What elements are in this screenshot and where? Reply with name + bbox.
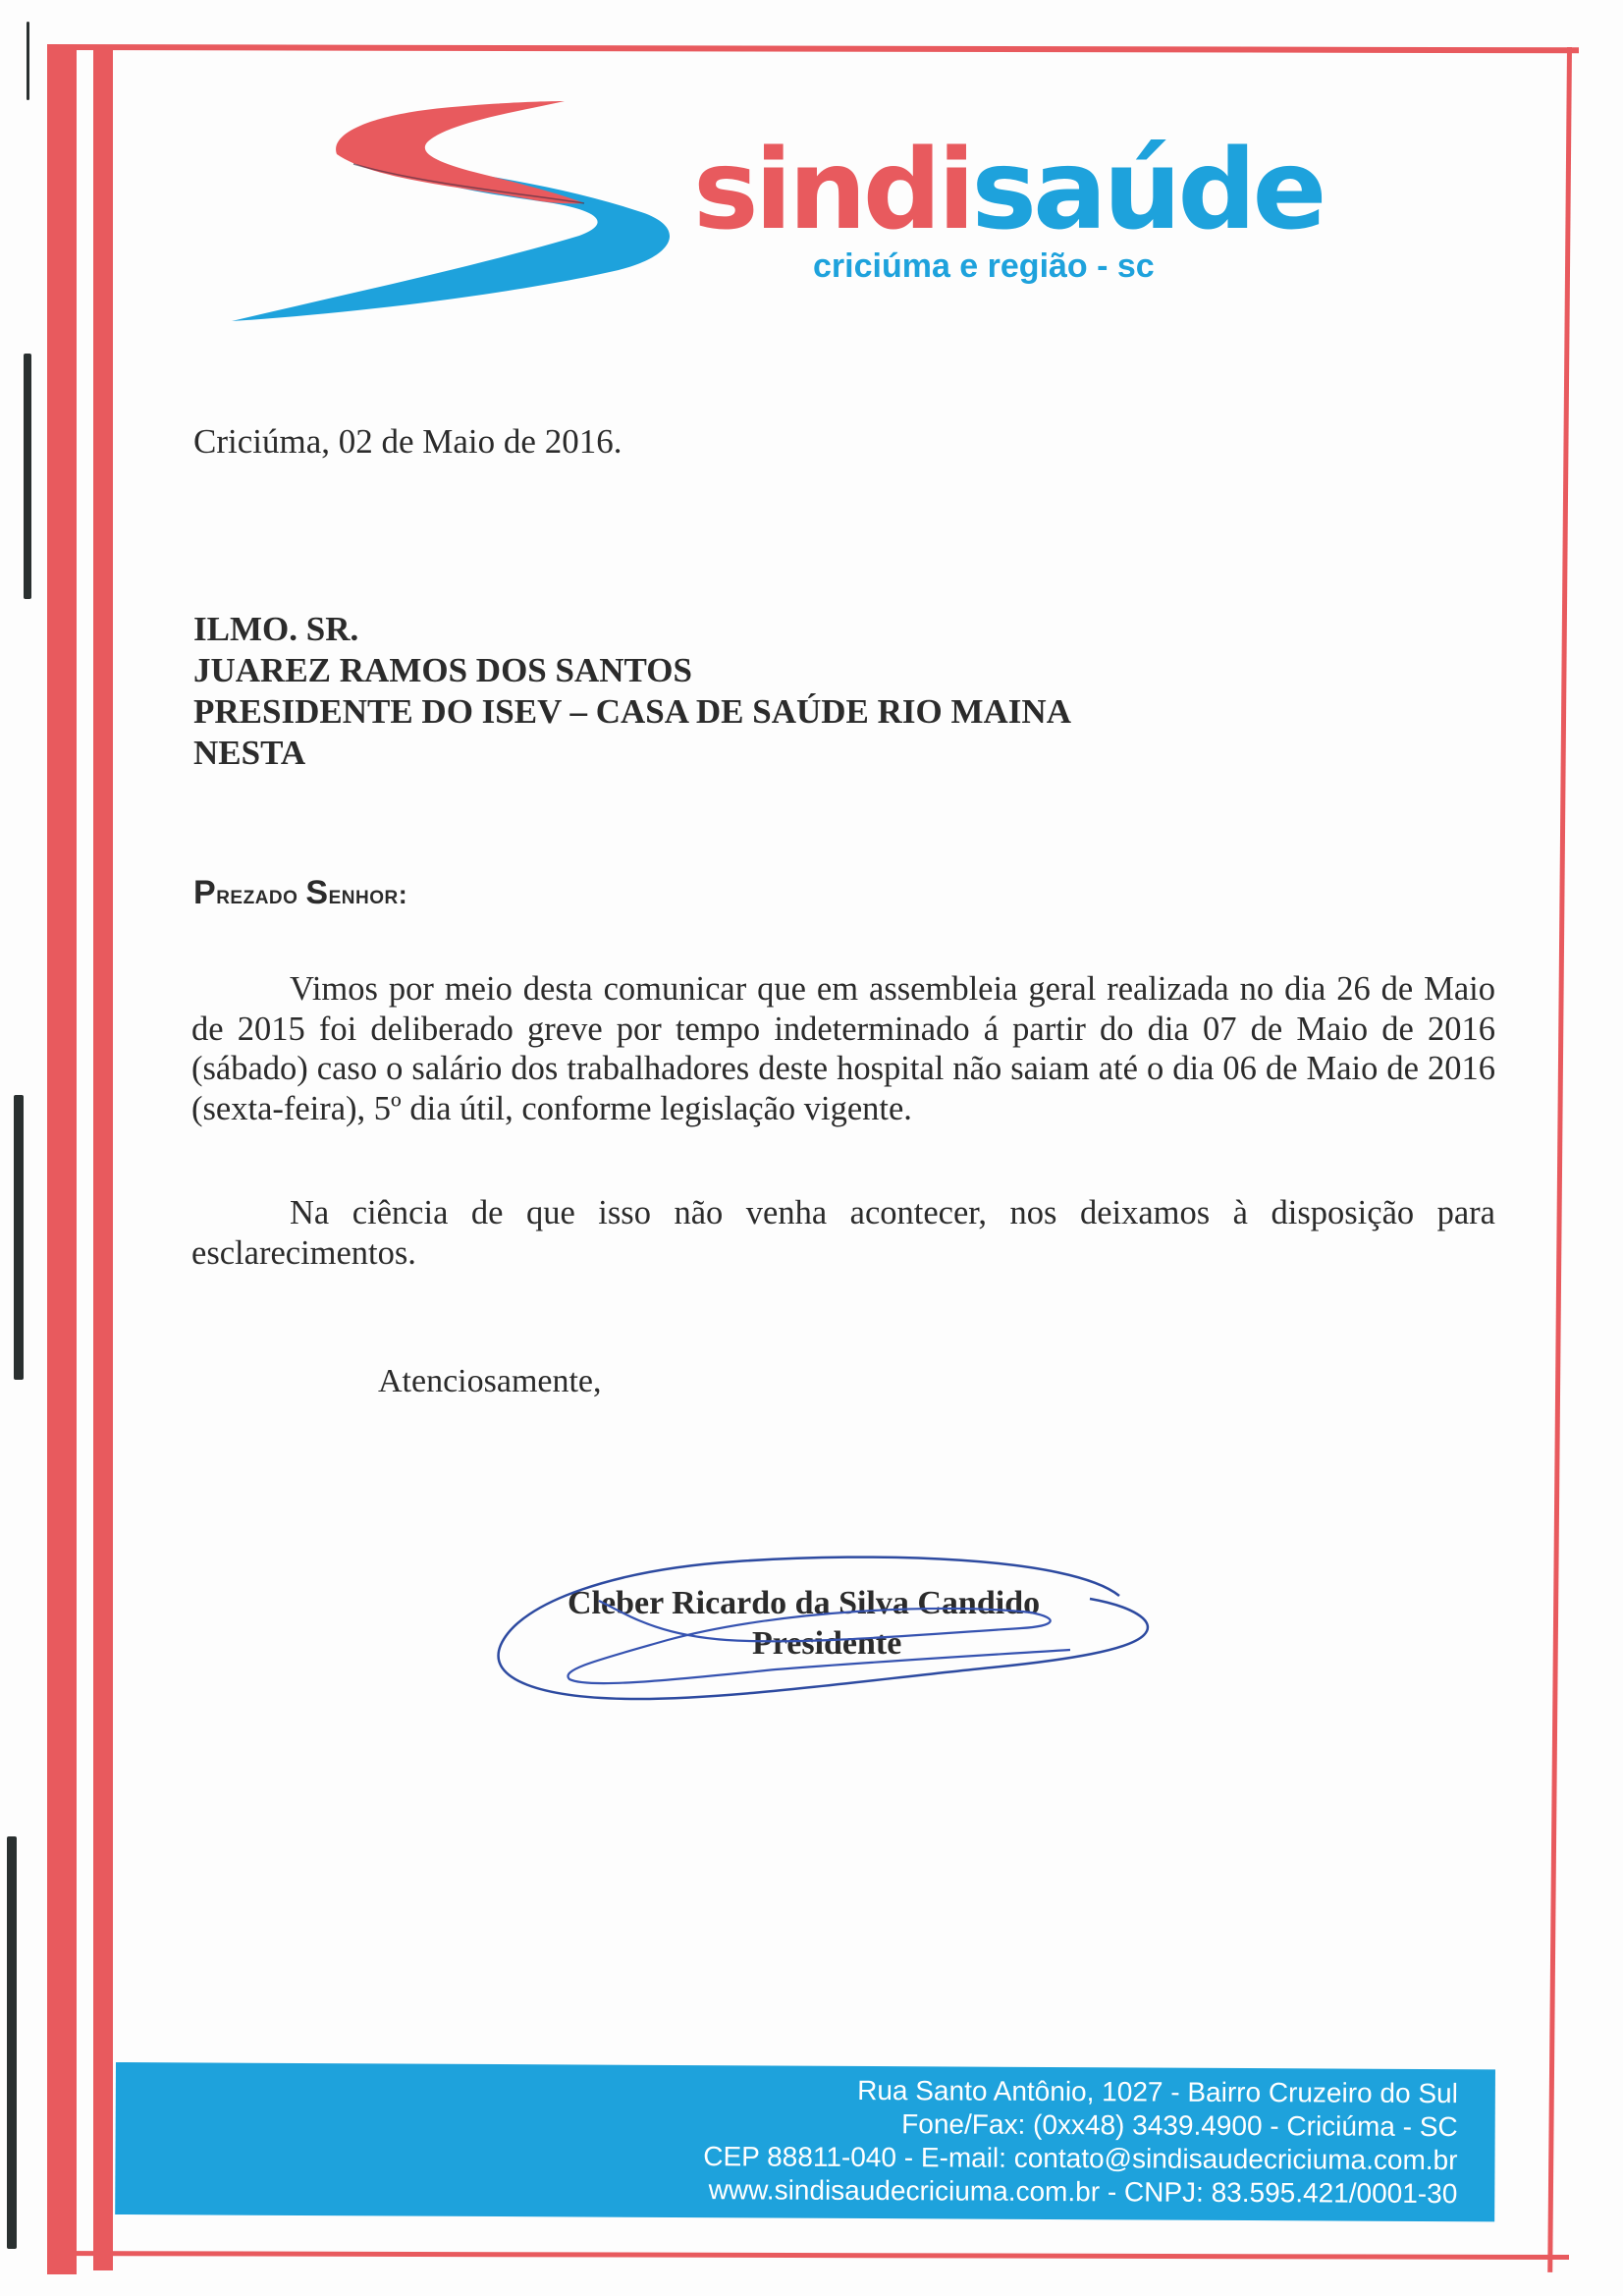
- footer-website: www.sindisaudecriciuma.com.br - CNPJ: 83…: [703, 2173, 1457, 2211]
- scanner-mark: [7, 1836, 17, 2249]
- brand-tagline: criciúma e região - sc: [813, 247, 1155, 286]
- recipient-line: NESTA: [193, 733, 1071, 774]
- footer-contact-lines: Rua Santo Antônio, 1027 - Bairro Cruzeir…: [703, 2073, 1458, 2211]
- body-paragraph: Na ciência de que isso não venha acontec…: [191, 1193, 1495, 1273]
- salutation-cap: P: [193, 874, 216, 911]
- signer-title: Presidente: [752, 1625, 901, 1663]
- date-line: Criciúma, 02 de Maio de 2016.: [193, 422, 622, 462]
- scanner-mark: [27, 22, 29, 100]
- salutation-text: enhor:: [329, 880, 408, 909]
- footer-phone: Fone/Fax: (0xx48) 3439.4900 - Criciúma -…: [703, 2106, 1457, 2144]
- frame-right-border: [1547, 47, 1572, 2272]
- frame-bottom-border: [47, 2251, 1569, 2260]
- recipient-line: JUAREZ RAMOS DOS SANTOS: [193, 650, 1071, 691]
- signer-name: Cleber Ricardo da Silva Candido: [568, 1585, 1040, 1622]
- scanner-mark: [14, 1095, 24, 1380]
- body-paragraph: Vimos por meio desta comunicar que em as…: [191, 969, 1495, 1128]
- footer-address: Rua Santo Antônio, 1027 - Bairro Cruzeir…: [704, 2073, 1458, 2110]
- frame-left-stripe-inner: [93, 47, 113, 2270]
- brand-name: sindisaúde: [693, 136, 1323, 246]
- brand-name-part-sindi: sindi: [693, 127, 971, 254]
- frame-top-border: [47, 44, 1579, 53]
- footer-contact-band: Rua Santo Antônio, 1027 - Bairro Cruzeir…: [115, 2062, 1495, 2221]
- recipient-line: PRESIDENTE DO ISEV – CASA DE SAÚDE RIO M…: [193, 691, 1071, 733]
- brand-name-part-saude: saúde: [971, 127, 1323, 254]
- salutation-cap: S: [305, 874, 328, 911]
- recipient-block: ILMO. SR. JUAREZ RAMOS DOS SANTOS PRESID…: [193, 609, 1071, 774]
- frame-left-stripe-outer: [47, 47, 77, 2274]
- scanner-mark: [24, 354, 31, 599]
- stylized-s-swoosh-icon: [226, 93, 677, 324]
- footer-email: CEP 88811-040 - E-mail: contato@sindisau…: [703, 2140, 1457, 2177]
- closing: Atenciosamente,: [378, 1363, 602, 1400]
- salutation: Prezado Senhor:: [193, 874, 407, 912]
- salutation-text: rezado: [216, 880, 305, 909]
- recipient-line: ILMO. SR.: [193, 609, 1071, 650]
